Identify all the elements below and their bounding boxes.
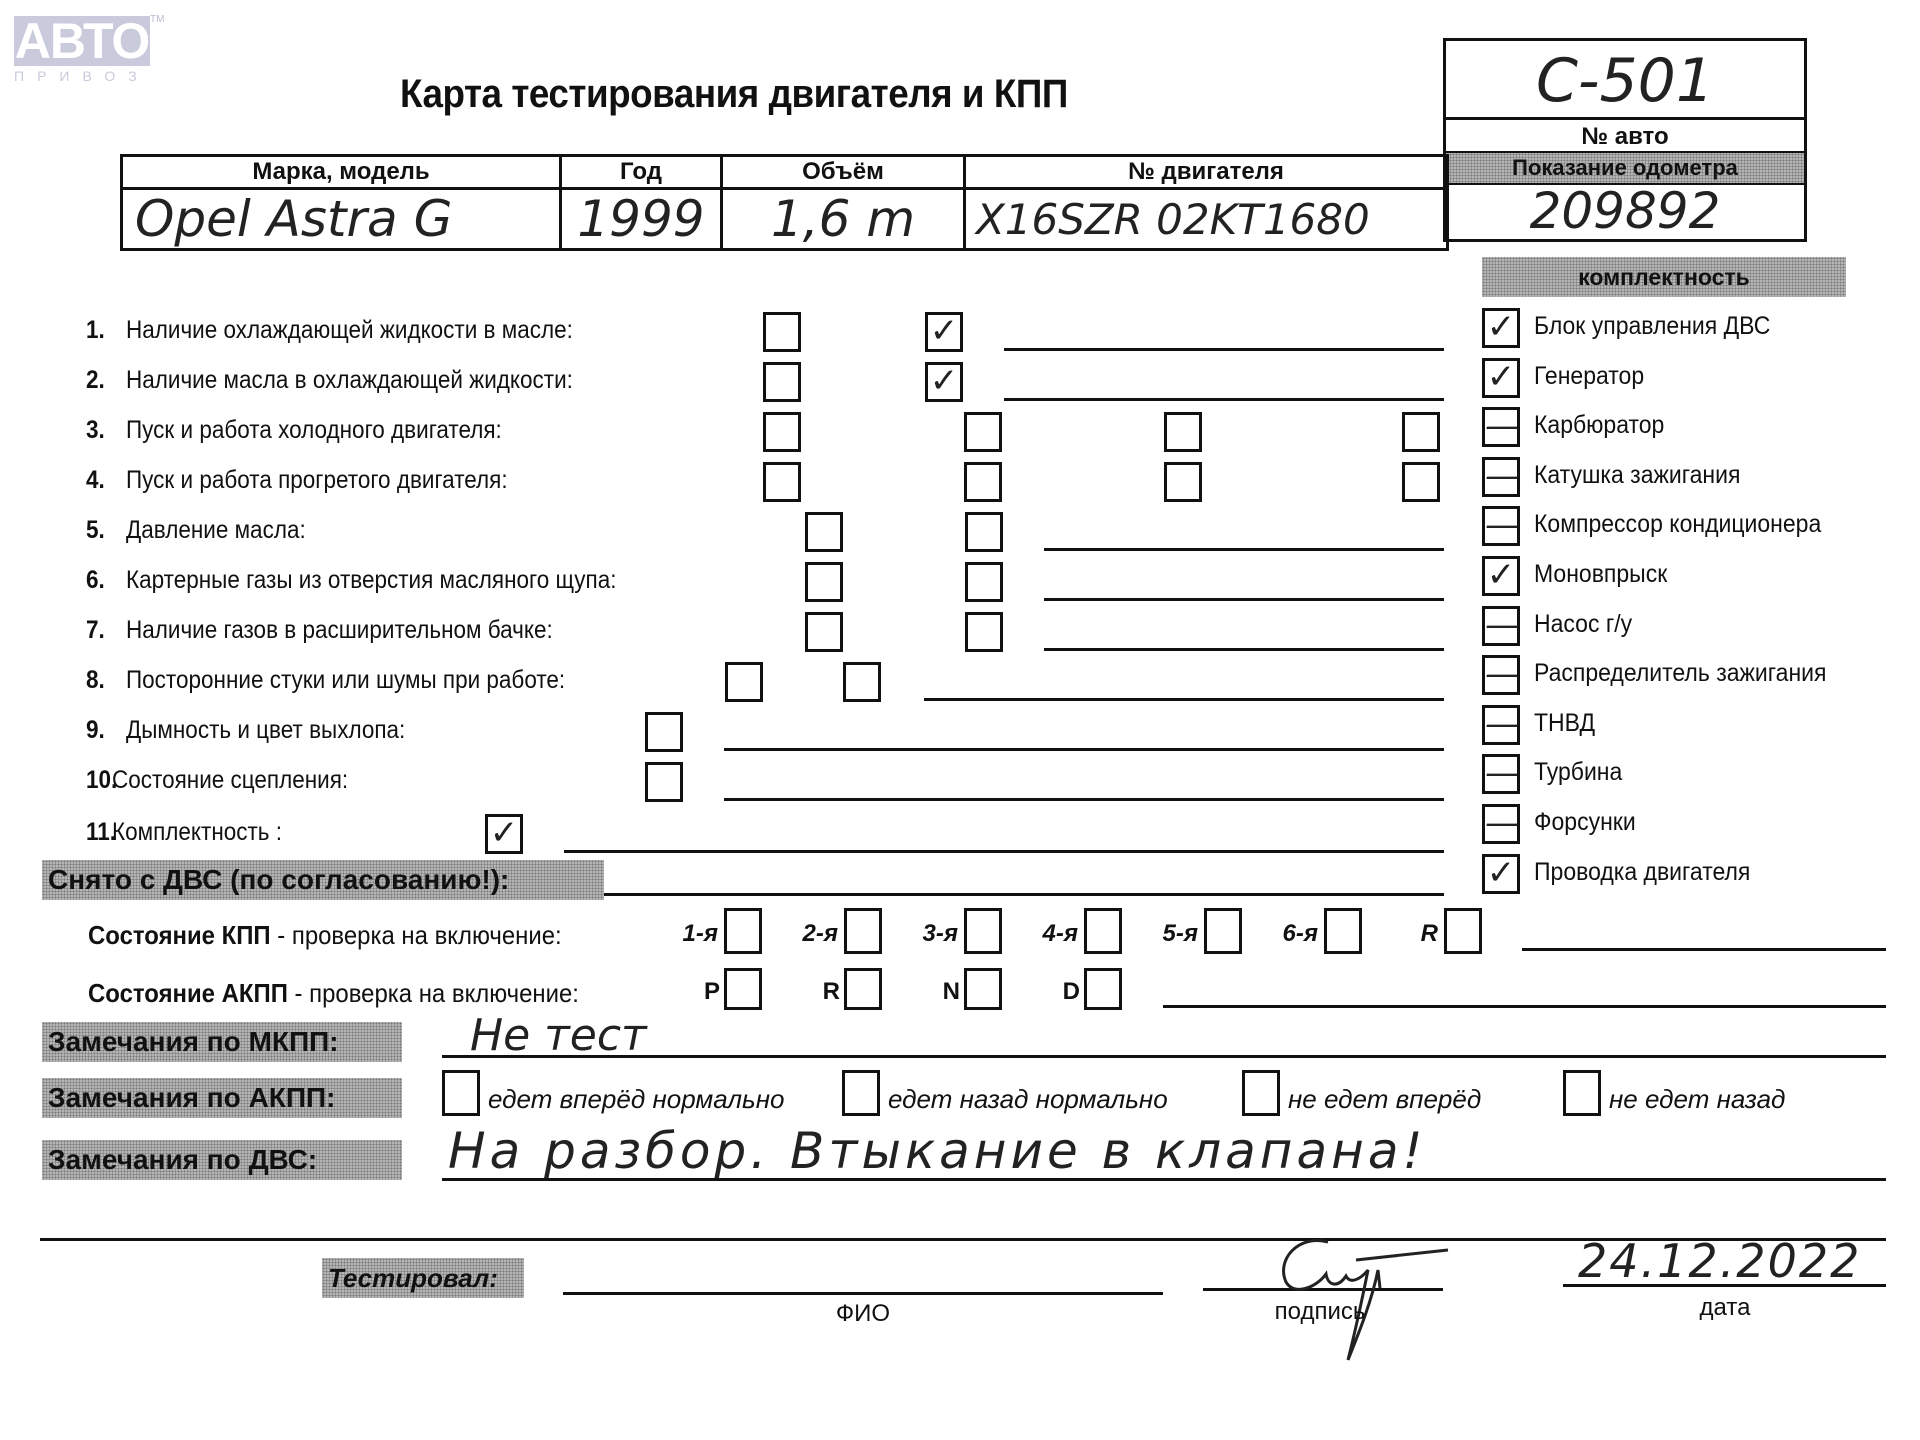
akpp-position-label: P xyxy=(704,978,720,1006)
option-checkbox[interactable] xyxy=(964,412,1002,452)
akpp-label-rest: - проверка на включение: xyxy=(288,978,579,1008)
gear-label: 6-я xyxy=(1283,920,1318,948)
akpp-remark-label: не едет назад xyxy=(1609,1084,1785,1115)
komplektnost-item-label: Проводка двигателя xyxy=(1534,858,1750,887)
dash-icon[interactable]: — xyxy=(1482,506,1520,546)
question-number: 6. xyxy=(86,566,105,595)
auto-number-box: C-501 № авто Показание одометра 209892 xyxy=(1443,38,1807,242)
question-number: 7. xyxy=(86,616,105,645)
dvs-remarks-label: Замечания по ДВС: xyxy=(42,1140,402,1180)
question-text: Состояние сцепления: xyxy=(112,766,348,795)
question-text: Пуск и работа холодного двигателя: xyxy=(126,416,502,445)
option-checkbox[interactable]: ✓ xyxy=(485,814,523,854)
check-icon[interactable]: ✓ xyxy=(1482,556,1520,596)
question-notes-line[interactable] xyxy=(1004,348,1444,351)
option-checkbox[interactable]: ✓ xyxy=(925,312,963,352)
gear-label: 5-я xyxy=(1163,920,1198,948)
question-text: Наличие газов в расширительном бачке: xyxy=(126,616,553,645)
akpp-position-label: D xyxy=(1063,978,1080,1006)
komplektnost-item-label: Карбюратор xyxy=(1534,411,1664,440)
option-checkbox[interactable] xyxy=(763,312,801,352)
option-checkbox[interactable] xyxy=(763,362,801,402)
komplektnost-item-label: Блок управления ДВС xyxy=(1534,312,1770,341)
question-number: 9. xyxy=(86,716,105,745)
date-line xyxy=(1563,1284,1886,1287)
question-number: 3. xyxy=(86,416,105,445)
akpp-remark-checkbox[interactable] xyxy=(442,1070,480,1116)
vehicle-info-table: Марка, модель Год Объём № двигателя Opel… xyxy=(120,154,1449,251)
akpp-remarks-label: Замечания по АКПП: xyxy=(42,1078,402,1118)
question-number: 4. xyxy=(86,466,105,495)
question-text: Дымность и цвет выхлопа: xyxy=(126,716,405,745)
dvs-remarks-value[interactable]: На разбор. Втыкание в клапана! xyxy=(448,1122,1427,1180)
question-notes-line[interactable] xyxy=(724,748,1444,751)
question-notes-line[interactable] xyxy=(924,698,1444,701)
col-make-model: Марка, модель xyxy=(122,156,561,189)
option-checkbox[interactable] xyxy=(725,662,763,702)
option-checkbox[interactable] xyxy=(763,462,801,502)
akpp-remark-checkbox[interactable] xyxy=(842,1070,880,1116)
option-checkbox[interactable] xyxy=(1402,412,1440,452)
komplektnost-item-label: Катушка зажигания xyxy=(1534,461,1740,490)
akpp-label-bold: Состояние АКПП xyxy=(88,978,288,1008)
option-checkbox[interactable]: ✓ xyxy=(925,362,963,402)
option-checkbox[interactable] xyxy=(1164,412,1202,452)
question-number: 5. xyxy=(86,516,105,545)
akpp-remark-label: не едет вперёд xyxy=(1288,1084,1481,1115)
komplektnost-item-label: Моновпрыск xyxy=(1534,560,1667,589)
kpp-label-rest: - проверка на включение: xyxy=(271,920,562,950)
komplektnost-item-label: Компрессор кондиционера xyxy=(1534,510,1821,539)
gear-label: 2-я xyxy=(803,920,838,948)
akpp-label: Состояние АКПП - проверка на включение: xyxy=(88,978,579,1009)
year-value[interactable]: 1999 xyxy=(561,189,722,250)
option-checkbox[interactable] xyxy=(645,712,683,752)
dash-icon[interactable]: — xyxy=(1482,407,1520,447)
gear-label: R xyxy=(1421,920,1438,948)
question-number: 8. xyxy=(86,666,105,695)
removed-line[interactable] xyxy=(604,893,1444,896)
question-notes-line[interactable] xyxy=(724,798,1444,801)
kpp-label: Состояние КПП - проверка на включение: xyxy=(88,920,562,951)
question-notes-line[interactable] xyxy=(1044,598,1444,601)
kpp-label-bold: Состояние КПП xyxy=(88,920,271,950)
option-checkbox[interactable] xyxy=(805,562,843,602)
check-icon[interactable]: ✓ xyxy=(1482,308,1520,348)
komplektnost-item-label: Турбина xyxy=(1534,758,1622,787)
question-notes-line[interactable] xyxy=(1044,648,1444,651)
option-checkbox[interactable] xyxy=(965,612,1003,652)
option-checkbox[interactable] xyxy=(1164,462,1202,502)
col-engine-number: № двигателя xyxy=(965,156,1448,189)
question-number: 2. xyxy=(86,366,105,395)
gear-checkbox[interactable] xyxy=(724,908,762,954)
auto-number-value[interactable]: C-501 xyxy=(1446,41,1804,117)
make-model-value[interactable]: Opel Astra G xyxy=(122,189,561,250)
option-checkbox[interactable] xyxy=(763,412,801,452)
question-text: Давление масла: xyxy=(126,516,306,545)
mkpp-remarks-value[interactable]: Не тест xyxy=(470,1010,647,1061)
question-text: Комплектность : xyxy=(112,818,282,847)
gear-checkbox[interactable] xyxy=(1204,908,1242,954)
option-checkbox[interactable] xyxy=(645,762,683,802)
col-year: Год xyxy=(561,156,722,189)
option-checkbox[interactable] xyxy=(1402,462,1440,502)
auto-number-label: № авто xyxy=(1446,117,1804,154)
akpp-position-checkbox[interactable] xyxy=(964,968,1002,1010)
date-value[interactable]: 24.12.2022 xyxy=(1578,1234,1861,1288)
komplektnost-item-label: Распределитель зажигания xyxy=(1534,659,1826,688)
gear-label: 3-я xyxy=(923,920,958,948)
logo-subtitle: ПРИВОЗ xyxy=(14,68,150,84)
question-text: Пуск и работа прогретого двигателя: xyxy=(126,466,508,495)
gear-checkbox[interactable] xyxy=(844,908,882,954)
akpp-notes-line[interactable] xyxy=(1163,1005,1886,1008)
dvs-remarks-line xyxy=(442,1178,1886,1181)
engine-number-value[interactable]: X16SZR 02KT1680 xyxy=(965,189,1448,250)
gear-checkbox[interactable] xyxy=(1084,908,1122,954)
col-volume: Объём xyxy=(722,156,965,189)
fio-line[interactable] xyxy=(563,1292,1163,1295)
option-checkbox[interactable] xyxy=(843,662,881,702)
akpp-position-label: N xyxy=(943,978,960,1006)
question-text: Посторонние стуки или шумы при работе: xyxy=(126,666,565,695)
dash-icon[interactable]: — xyxy=(1482,705,1520,745)
akpp-remark-checkbox[interactable] xyxy=(1563,1070,1601,1116)
check-icon[interactable]: ✓ xyxy=(1482,358,1520,398)
gear-label: 1-я xyxy=(683,920,718,948)
dash-icon[interactable]: — xyxy=(1482,754,1520,794)
gear-checkbox[interactable] xyxy=(1444,908,1482,954)
fio-label: ФИО xyxy=(763,1300,963,1328)
question-notes-line[interactable] xyxy=(1004,398,1444,401)
logo: АВТО xyxy=(14,16,150,66)
option-checkbox[interactable] xyxy=(805,612,843,652)
odometer-label: Показание одометра xyxy=(1446,151,1804,185)
option-checkbox[interactable] xyxy=(964,462,1002,502)
question-text: Наличие охлаждающей жидкости в масле: xyxy=(126,316,573,345)
akpp-remark-label: едет назад нормально xyxy=(888,1084,1168,1115)
date-label: дата xyxy=(1660,1294,1790,1322)
question-notes-line[interactable] xyxy=(564,850,1444,853)
signature-label: подпись xyxy=(1255,1298,1385,1326)
dash-icon[interactable]: — xyxy=(1482,655,1520,695)
dash-icon[interactable]: — xyxy=(1482,606,1520,646)
akpp-remark-label: едет вперёд нормально xyxy=(488,1084,784,1115)
akpp-position-label: R xyxy=(823,978,840,1006)
akpp-position-checkbox[interactable] xyxy=(844,968,882,1010)
komplektnost-header: комплектность xyxy=(1482,257,1846,297)
gear-label: 4-я xyxy=(1043,920,1078,948)
kpp-notes-line[interactable] xyxy=(1522,948,1886,951)
tested-by-label: Тестировал: xyxy=(322,1258,524,1298)
akpp-position-checkbox[interactable] xyxy=(1084,968,1122,1010)
gear-checkbox[interactable] xyxy=(1324,908,1362,954)
question-text: Наличие масла в охлаждающей жидкости: xyxy=(126,366,573,395)
volume-value[interactable]: 1,6 m xyxy=(722,189,965,250)
komplektnost-item-label: Насос г/у xyxy=(1534,610,1632,639)
question-number: 1. xyxy=(86,316,105,345)
option-checkbox[interactable] xyxy=(965,512,1003,552)
mkpp-remarks-label: Замечания по МКПП: xyxy=(42,1022,402,1062)
komplektnost-item-label: ТНВД xyxy=(1534,709,1595,738)
akpp-position-checkbox[interactable] xyxy=(724,968,762,1010)
logo-trademark: TM xyxy=(150,14,164,25)
akpp-remark-checkbox[interactable] xyxy=(1242,1070,1280,1116)
option-checkbox[interactable] xyxy=(965,562,1003,602)
check-icon[interactable]: ✓ xyxy=(1482,854,1520,894)
komplektnost-item-label: Форсунки xyxy=(1534,808,1636,837)
option-checkbox[interactable] xyxy=(805,512,843,552)
mkpp-remarks-line xyxy=(442,1055,1886,1058)
dash-icon[interactable]: — xyxy=(1482,804,1520,844)
gear-checkbox[interactable] xyxy=(964,908,1002,954)
komplektnost-item-label: Генератор xyxy=(1534,362,1644,391)
removed-label: Снято с ДВС (по согласованию!): xyxy=(42,860,604,900)
odometer-value[interactable]: 209892 xyxy=(1446,183,1804,239)
dash-icon[interactable]: — xyxy=(1482,457,1520,497)
form-title: Карта тестирования двигателя и КПП xyxy=(400,72,1068,117)
question-notes-line[interactable] xyxy=(1044,548,1444,551)
question-text: Картерные газы из отверстия масляного щу… xyxy=(126,566,616,595)
